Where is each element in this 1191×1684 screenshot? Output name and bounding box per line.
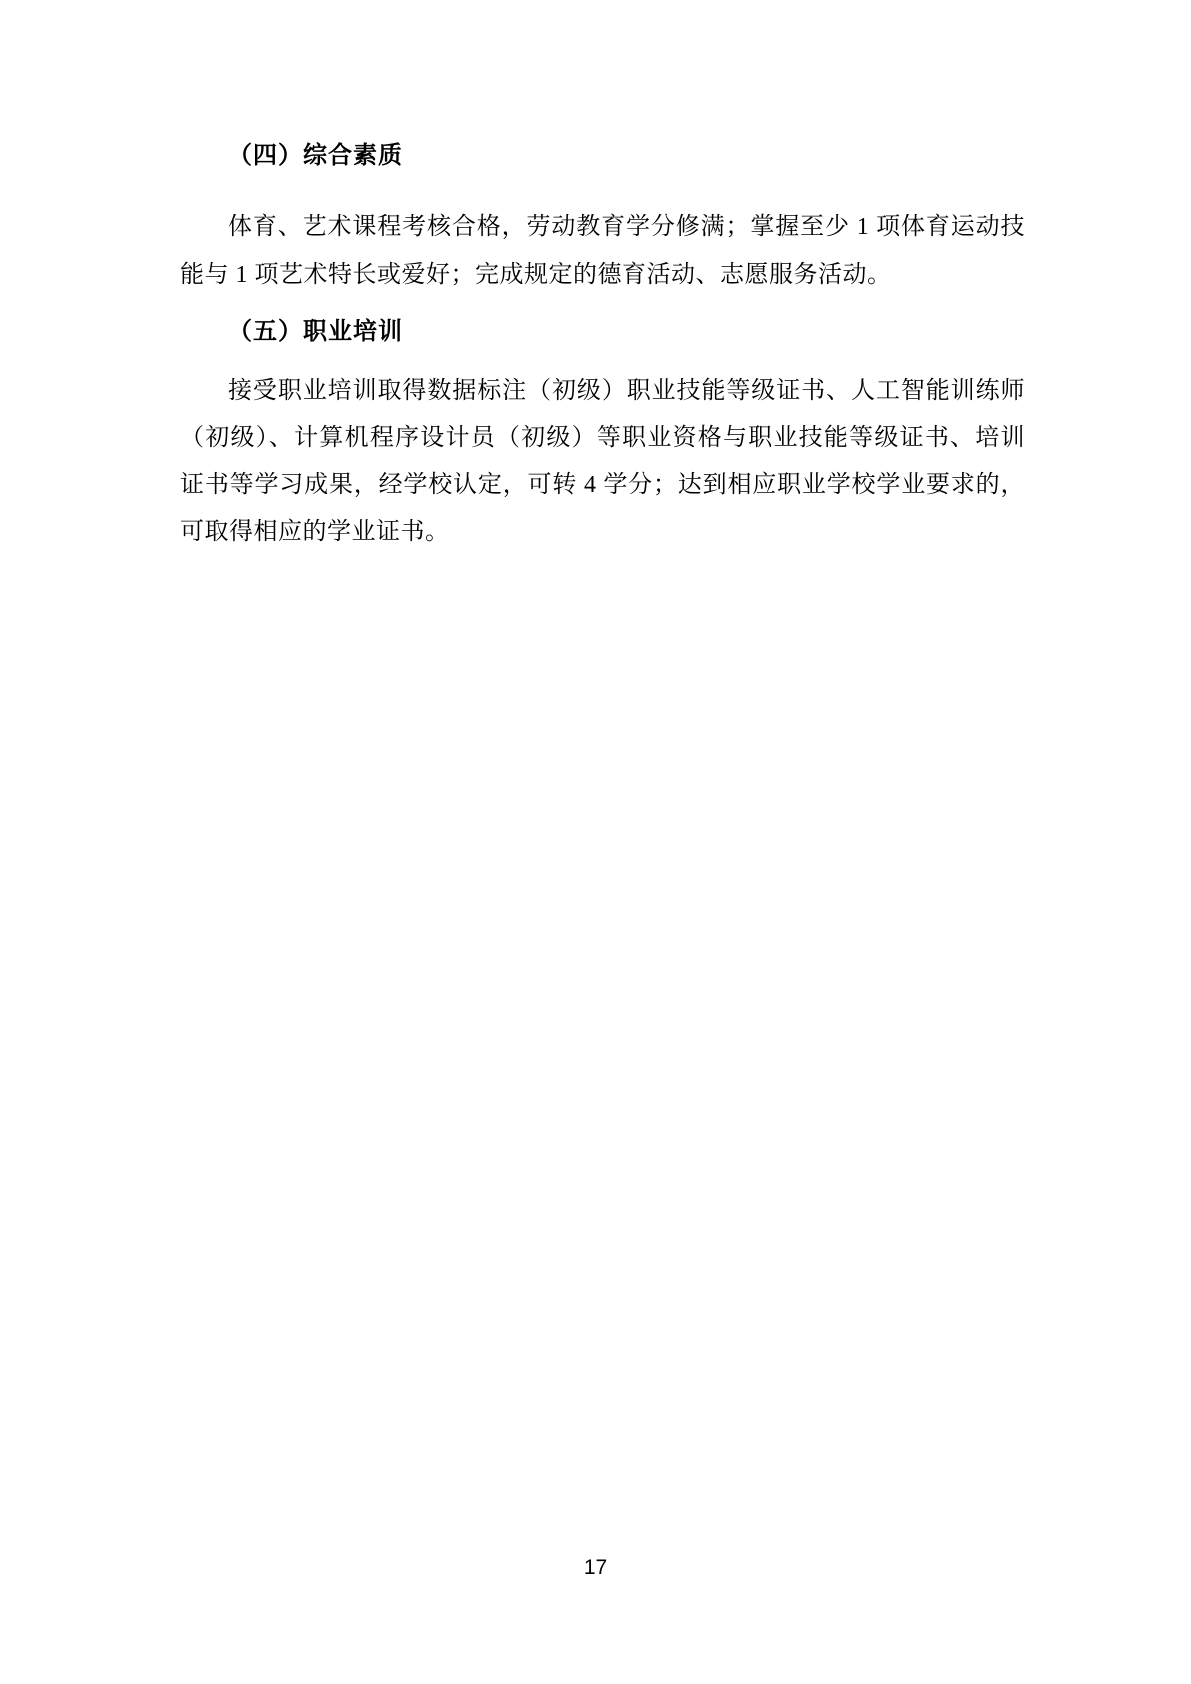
section-heading-comprehensive-quality: （四）综合素质 [180,140,1025,172]
section-heading-vocational-training: （五）职业培训 [180,316,1025,348]
paragraph-comprehensive-quality: 体育、艺术课程考核合格，劳动教育学分修满；掌握至少 1 项体育运动技能与 1 项… [180,203,1025,299]
document-content: （四）综合素质 体育、艺术课程考核合格，劳动教育学分修满；掌握至少 1 项体育运… [180,140,1025,556]
document-page: （四）综合素质 体育、艺术课程考核合格，劳动教育学分修满；掌握至少 1 项体育运… [0,0,1191,1684]
paragraph-vocational-training: 接受职业培训取得数据标注（初级）职业技能等级证书、人工智能训练师（初级）、计算机… [180,368,1025,556]
page-number: 17 [0,1556,1191,1580]
